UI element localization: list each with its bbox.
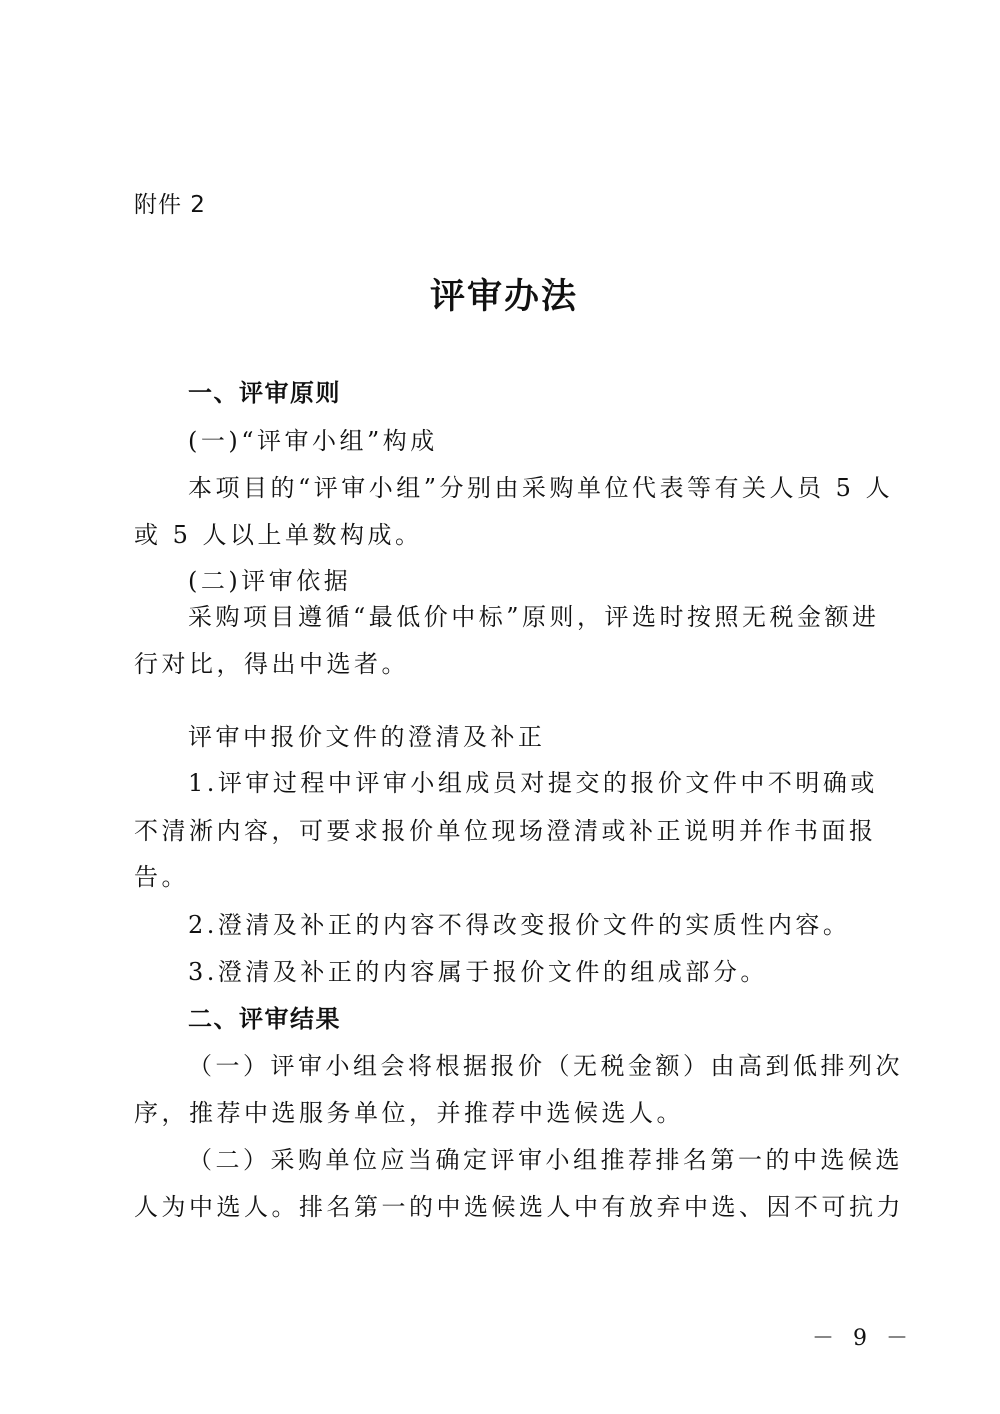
clarification-heading: 评审中报价文件的澄清及补正 (188, 722, 546, 752)
paragraph-line: 行对比，得出中选者。 (134, 649, 409, 679)
document-title: 评审办法 (430, 276, 578, 318)
document-page: 附件 2 评审办法 一、评审原则 (一)“评审小组”构成 本项目的“评审小组”分… (0, 0, 1000, 1414)
page-number: － 9 － (812, 1326, 914, 1352)
results-item-1-line: 序，推荐中选服务单位，并推荐中选候选人。 (134, 1098, 684, 1128)
results-item-2-line: 人为中选人。排名第一的中选候选人中有放弃中选、因不可抗力 (134, 1192, 904, 1222)
paragraph-line: 或 5 人以上单数构成。 (134, 520, 423, 550)
results-item-2-line: （二）采购单位应当确定评审小组推荐排名第一的中选候选 (188, 1145, 903, 1175)
subsection-heading-panel-composition: (一)“评审小组”构成 (188, 426, 438, 456)
results-item-1-line: （一）评审小组会将根据报价（无税金额）由高到低排列次 (188, 1051, 903, 1081)
clarification-item-1-line: 不清淅内容，可要求报价单位现场澄清或补正说明并作书面报 (134, 816, 877, 846)
clarification-item-2: 2.澄清及补正的内容不得改变报价文件的实质性内容。 (188, 910, 850, 940)
subsection-heading-basis: (二)评审依据 (188, 566, 351, 596)
paragraph-line: 采购项目遵循“最低价中标”原则，评选时按照无税金额进 (188, 602, 880, 632)
clarification-item-3: 3.澄清及补正的内容属于报价文件的组成部分。 (188, 957, 768, 987)
clarification-item-1-line: 告。 (134, 862, 189, 892)
section-heading-results: 二、评审结果 (188, 1004, 341, 1034)
paragraph-line: 本项目的“评审小组”分别由采购单位代表等有关人员 5 人 (188, 473, 893, 503)
clarification-item-1-line: 1.评审过程中评审小组成员对提交的报价文件中不明确或 (188, 768, 878, 798)
section-heading-principles: 一、评审原则 (188, 378, 341, 408)
attachment-label: 附件 2 (134, 190, 206, 220)
